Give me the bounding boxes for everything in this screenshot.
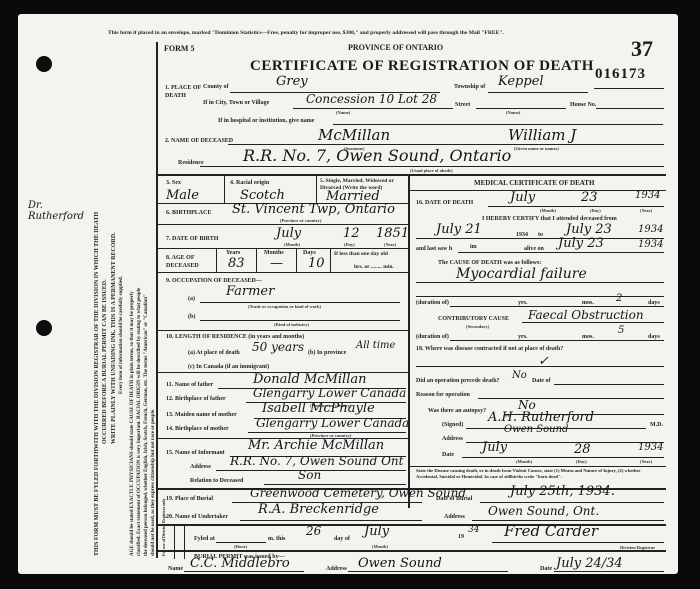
sex-race-divider [224,175,225,203]
occupation-a-value: Farmer [226,284,274,299]
informant-value: Mr. Archie McMillan [248,438,384,453]
attended-line [416,238,664,239]
occupation-b-line [200,320,400,321]
filed-hour-caption: (Hour) [234,544,247,549]
cause-line-1 [416,282,664,283]
last-seen-line [458,252,664,253]
undertaker-address-label: Address [444,514,465,520]
house-no-line [596,108,664,109]
mother-value: Isabell McPhayle [262,401,375,416]
dod-label: 16. DATE OF DEATH [416,200,473,206]
street-label: Street [455,102,470,108]
signed-label: (Signed) [442,422,463,428]
infant-label: If less than one day old [334,251,388,257]
dob-day: 12 [343,226,360,241]
filed-day: 26 [306,524,321,538]
cert-date-month: July [482,440,507,455]
infant-units: hrs. or ........ min. [354,264,394,270]
contracted-line [416,366,664,367]
age-months: — [270,256,283,271]
undertaker-value: R.A. Breckenridge [258,502,379,517]
dob-year-caption: (Year) [384,242,396,247]
certificate-title: CERTIFICATE OF REGISTRATION OF DEATH [250,58,594,75]
cert-date-label: Date [442,452,454,458]
dob-label: 7. DATE OF BIRTH [166,236,218,242]
punch-hole-bottom [36,320,52,336]
filed-month-caption: (Month) [372,544,388,549]
mother-label: 13. Maiden name of mother [166,412,237,418]
race-label: 4. Racial origin [230,180,269,186]
county-value: Grey [276,74,308,89]
punch-hole-top [36,56,52,72]
burial-place-value: Greenwood Cemetery, Owen Sound [250,486,466,500]
cause-value: Myocardial failure [456,266,587,282]
given-names-value: William J [508,126,576,144]
informant-label: 15. Name of Informant [166,450,225,456]
row-line-8 [158,272,408,273]
contributory-value: Faecal Obstruction [528,308,644,322]
physician-address-label: Address [442,436,463,442]
occupation-a-label: (a) [188,296,195,302]
age-label: 8. AGE OF DECEASED [166,254,216,270]
birthplace-value: St. Vincent Twp, Ontario [232,202,395,217]
permit-date-value: July 24/34 [556,556,623,571]
registration-number: 016173 [595,66,646,83]
dod-month: July [510,190,535,205]
dod-day-caption: (Day) [590,208,601,213]
dod-month-caption: (Month) [540,208,556,213]
given-names-caption: (Given name or names) [514,146,559,151]
physician-signature: A.H. Rutherford [488,410,594,425]
filed-hour-line [216,542,266,543]
last-seen-date: July 23 [558,236,604,251]
residence-caption: (Usual place of abode) [410,168,453,173]
occupation-a-line [200,302,400,303]
autopsy-label: Was there an autopsy? [428,408,486,414]
registrar-box-edge-2 [184,525,185,559]
cert-month-caption: (Month) [516,459,532,464]
row-line-6 [158,224,408,225]
contracted-label: 18. Where was disease contracted if not … [416,346,563,352]
occupation-b-caption: (Kind of industry) [274,322,309,327]
operation-reason-label: Reason for operation [416,392,470,398]
age-box-4 [330,248,331,272]
province-label: PROVINCE OF ONTARIO [348,43,443,52]
informant-address-label: Address [190,464,211,470]
age-box-1 [216,248,217,272]
township-label: Township of [454,84,485,90]
cause-duration-line [450,306,664,307]
mother-birthplace-label: 14. Birthplace of mother [166,426,229,432]
left-frame-rule [156,42,158,558]
name-of-deceased-label: 2. NAME OF DECEASED [165,138,233,144]
filed-label: Fyled at [194,536,215,542]
operation-reason-line [478,398,664,399]
permit-name-value: C.C. Middlebro [190,556,290,571]
dod-year: 1934 [635,190,660,201]
medical-section-title: MEDICAL CERTIFICATE OF DEATH [474,179,594,187]
contributory-duration-line [450,340,664,341]
contributory-caption: (Secondary) [466,324,489,329]
registrar-box-edge [174,525,175,559]
burial-date-value: July 25th, 1934. [510,484,615,499]
row-line-9 [158,330,408,331]
violent-causes-note: State the Disease causing death, or in d… [416,468,662,479]
father-value: Donald McMillan [253,372,366,387]
street-caption: (Name) [506,110,520,115]
burial-permit-divider [158,550,666,552]
permit-address-value: Owen Sound [358,556,442,571]
permit-name-label: Name [168,566,183,572]
attended-from: July 21 [436,222,482,237]
sex-value: Male [166,188,199,203]
section-divider-top [158,174,666,176]
race-marital-divider [316,175,317,203]
column-divider [408,175,410,508]
dod-year-caption: (Year) [640,208,652,213]
hospital-label: If in hospital or institution, give name [218,118,314,124]
margin-instructions-4: Every item of information should be care… [119,276,124,394]
margin-instructions-1: THIS FORM MUST BE FYLED FORTHWITH WITH T… [94,212,100,556]
race-value: Scotch [240,188,285,203]
sex-label: 3. Sex [166,180,181,186]
margin-instructions-7: the deceased person belonged, whether En… [144,294,149,556]
city-value: Concession 10 Lot 28 [306,92,437,106]
operation-date-line [554,384,664,385]
burial-place-label: 19. Place of Burial [166,496,213,502]
burial-date-line [480,502,664,503]
last-seen-label: and last saw h [416,246,452,252]
occupation-a-caption: (Trade or occupation or kind of work) [248,304,321,309]
permit-address-label: Address [326,566,347,572]
hospital-line [333,124,663,125]
cert-day-caption: (Day) [576,459,587,464]
cert-date-line [462,457,664,458]
contributory-duration-label: (duration of) [416,334,449,340]
page-number: 37 [631,36,653,62]
death-certificate: Dr. Rutherford THIS FORM MUST BE FYLED F… [18,14,678,574]
township-line [488,92,588,93]
city-line [293,108,453,109]
contributory-line [522,322,664,323]
undertaker-address-line [472,520,664,521]
operation-value: No [512,370,527,381]
dob-year: 1851 [376,226,409,241]
filed-m-this: m. this [268,536,285,542]
filed-year-prefix: 19 [458,534,464,540]
street-line [476,108,566,109]
city-label: If in City, Town or Village [203,100,269,106]
permit-address-line [348,571,508,572]
last-seen-suffix: im [470,244,477,250]
father-birthplace-value: Glengarry Lower Canada [253,386,406,400]
county-label: County of [203,84,229,90]
age-box-3 [296,248,297,272]
cause-line-2 [416,296,664,297]
undertaker-label: 20. Name of Undertaker [166,514,228,520]
md-label: M.D. [650,422,663,428]
occupation-b-label: (b) [188,314,195,320]
undertaker-line [240,520,422,521]
in-province-value: All time [356,340,395,351]
township-value: Keppel [498,74,544,89]
margin-annotation: Dr. Rutherford [28,200,78,222]
mail-notice: This form if placed in an envelope, mark… [108,30,504,36]
operation-date-label: Date of [532,378,551,384]
age-years: 83 [228,256,245,271]
in-province-label: (b) In province [308,350,346,356]
dob-month: July [276,226,301,241]
father-label: 11. Name of father [166,382,213,388]
dod-line [488,206,664,207]
medical-title-line [410,190,666,191]
registrar-line [492,542,664,543]
residence-value: R.R. No. 7, Owen Sound, Ontario [243,146,511,165]
margin-instructions-2: OCCURRED BEFORE A BURIAL PERMIT CAN BE I… [102,279,108,444]
in-canada-label: (c) In Canada (if an immigrant) [188,364,269,370]
relation-value: Son [298,468,321,482]
permit-date-label: Date [540,566,552,572]
row-line-7 [158,248,408,249]
cause-duration-days: 2 [616,293,622,304]
violent-note-top [410,466,666,467]
dob-month-caption: (Month) [284,242,300,247]
age-box-2 [256,248,257,272]
attended-to-year: 1934 [638,224,663,235]
undertaker-address-value: Owen Sound, Ont. [488,504,599,518]
at-place-value: 50 years [252,340,304,354]
city-caption: (Name) [336,110,350,115]
registration-number-line [594,88,664,89]
contributory-duration-days: 5 [618,325,624,336]
division-registrar-signature: Fred Carder [504,522,598,540]
birthplace-label: 6. BIRTHPLACE [166,210,211,216]
house-no-label: House No. [570,102,596,108]
operation-label: Did an operation precede death? [416,378,500,384]
margin-instructions-3: WRITE PLAINLY WITH UNFADING INK. THIS IS… [111,232,117,444]
informant-address-value: R.R. No. 7, Owen Sound Ont [230,454,403,468]
form-number: FORM 5 [164,44,194,53]
contributory-label: CONTRIBUTORY CAUSE [438,316,509,322]
cause-duration-label: (duration of) [416,300,449,306]
last-seen-year: 1934 [638,239,663,250]
relation-line [264,484,406,485]
mother-birthplace-value: Glengarry Lower Canada [256,416,409,430]
name-line [228,144,664,145]
dod-day: 23 [581,190,598,205]
filed-day-of: day of [334,536,350,542]
father-birthplace-label: 12. Birthplace of father [166,396,226,402]
cert-date-day: 28 [574,442,591,457]
margin-instructions-5: AGE should be stated EXACTLY. PHYSICIANS… [130,291,135,556]
physician-address-value: Owen Sound [504,424,568,435]
cert-date-year: 1934 [638,442,663,453]
surname-value: McMillan [318,126,390,144]
birthplace-caption: (Province or country) [280,218,321,223]
filed-year: 34 [468,525,479,535]
margin-instructions-6: classified. Exact statement of OCCUPATIO… [137,288,142,556]
filed-month: July [364,524,389,539]
relation-label: Relation to Deceased [190,478,243,484]
age-days: 10 [308,256,325,271]
permit-date-line [554,571,664,572]
cert-year-caption: (Year) [640,459,652,464]
dob-day-caption: (Day) [344,242,355,247]
residence-line [200,166,664,167]
attended-to: July 23 [566,222,612,237]
burial-date-label: Date of Burial [436,496,472,502]
at-place-label: (a) At place of death [188,350,240,356]
permit-name-line [184,571,304,572]
